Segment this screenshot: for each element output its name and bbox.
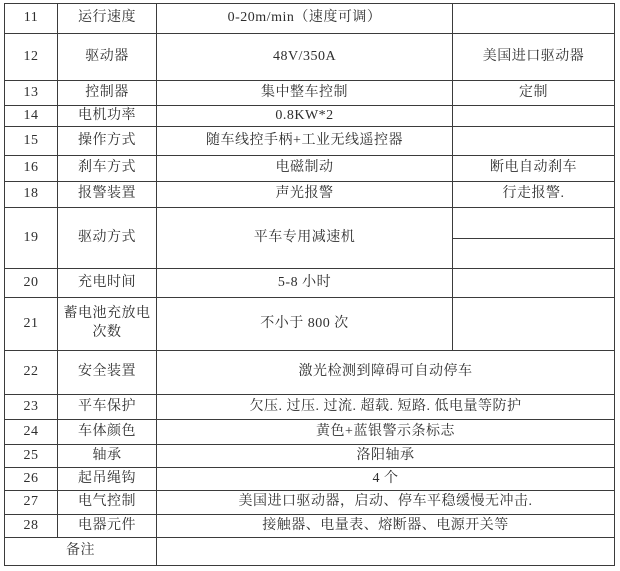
table-row: 19 驱动方式 平车专用减速机 [5, 208, 615, 239]
item-name-cell: 驱动器 [58, 34, 157, 81]
note-cell [453, 4, 615, 34]
note-cell [453, 106, 615, 127]
table-row: 28 电器元件 接触器、电量表、熔断器、电源开关等 [5, 515, 615, 538]
note-cell-bottom [453, 239, 615, 269]
item-name-cell: 车体颜色 [58, 420, 157, 445]
value-cell: 声光报警 [157, 182, 453, 208]
note-cell: 断电自动刹车 [453, 156, 615, 182]
item-name-cell: 安全装置 [58, 351, 157, 395]
value-cell: 0-20m/min（速度可调） [157, 4, 453, 34]
row-number-cell: 19 [5, 208, 58, 269]
value-cell: 电磁制动 [157, 156, 453, 182]
row-number-cell: 25 [5, 445, 58, 468]
item-name-cell: 报警装置 [58, 182, 157, 208]
table-row-footer: 备注 [5, 538, 615, 566]
footer-label-cell: 备注 [5, 538, 157, 566]
value-cell: 美国进口驱动器，启动、停车平稳缓慢无冲击. [157, 491, 615, 515]
value-cell: 平车专用减速机 [157, 208, 453, 269]
table-row: 27 电气控制 美国进口驱动器，启动、停车平稳缓慢无冲击. [5, 491, 615, 515]
table-row: 20 充电时间 5-8 小时 [5, 269, 615, 298]
value-cell: 激光检测到障碍可自动停车 [157, 351, 615, 395]
row-number-cell: 27 [5, 491, 58, 515]
row-number-cell: 21 [5, 298, 58, 351]
item-name-cell: 充电时间 [58, 269, 157, 298]
spec-table: 11 运行速度 0-20m/min（速度可调） 12 驱动器 48V/350A … [4, 3, 615, 566]
row-number-cell: 24 [5, 420, 58, 445]
table-row: 22 安全装置 激光检测到障碍可自动停车 [5, 351, 615, 395]
table-row: 11 运行速度 0-20m/min（速度可调） [5, 4, 615, 34]
value-cell: 接触器、电量表、熔断器、电源开关等 [157, 515, 615, 538]
item-name-cell: 控制器 [58, 81, 157, 106]
item-name-cell: 刹车方式 [58, 156, 157, 182]
item-name-cell: 起吊绳钩 [58, 468, 157, 491]
footer-value-cell [157, 538, 615, 566]
value-cell: 集中整车控制 [157, 81, 453, 106]
value-cell: 欠压. 过压. 过流. 超载. 短路. 低电量等防护 [157, 395, 615, 420]
note-cell: 行走报警. [453, 182, 615, 208]
value-cell: 洛阳轴承 [157, 445, 615, 468]
table-row: 26 起吊绳钩 4 个 [5, 468, 615, 491]
note-cell: 定制 [453, 81, 615, 106]
item-name-cell: 蓄电池充放电次数 [58, 298, 157, 351]
table-row: 12 驱动器 48V/350A 美国进口驱动器 [5, 34, 615, 81]
item-name-cell: 操作方式 [58, 127, 157, 156]
row-number-cell: 12 [5, 34, 58, 81]
item-name-cell: 轴承 [58, 445, 157, 468]
value-cell: 5-8 小时 [157, 269, 453, 298]
table-row: 18 报警装置 声光报警 行走报警. [5, 182, 615, 208]
table-row: 14 电机功率 0.8KW*2 [5, 106, 615, 127]
table-row: 15 操作方式 随车线控手柄+工业无线遥控器 [5, 127, 615, 156]
note-cell [453, 127, 615, 156]
value-cell: 随车线控手柄+工业无线遥控器 [157, 127, 453, 156]
value-cell: 4 个 [157, 468, 615, 491]
note-cell [453, 269, 615, 298]
table-row: 23 平车保护 欠压. 过压. 过流. 超载. 短路. 低电量等防护 [5, 395, 615, 420]
row-number-cell: 23 [5, 395, 58, 420]
row-number-cell: 28 [5, 515, 58, 538]
table-row: 16 刹车方式 电磁制动 断电自动刹车 [5, 156, 615, 182]
row-number-cell: 20 [5, 269, 58, 298]
table-row: 21 蓄电池充放电次数 不小于 800 次 [5, 298, 615, 351]
row-number-cell: 18 [5, 182, 58, 208]
table-row: 13 控制器 集中整车控制 定制 [5, 81, 615, 106]
item-name-cell: 电气控制 [58, 491, 157, 515]
table-row: 24 车体颜色 黄色+蓝银警示条标志 [5, 420, 615, 445]
value-cell: 不小于 800 次 [157, 298, 453, 351]
note-cell [453, 298, 615, 351]
value-cell: 黄色+蓝银警示条标志 [157, 420, 615, 445]
item-name-cell: 驱动方式 [58, 208, 157, 269]
row-number-cell: 13 [5, 81, 58, 106]
item-name-cell: 电器元件 [58, 515, 157, 538]
value-cell: 0.8KW*2 [157, 106, 453, 127]
item-name-cell: 运行速度 [58, 4, 157, 34]
note-cell-top [453, 208, 615, 239]
value-cell: 48V/350A [157, 34, 453, 81]
row-number-cell: 14 [5, 106, 58, 127]
table-row: 25 轴承 洛阳轴承 [5, 445, 615, 468]
row-number-cell: 11 [5, 4, 58, 34]
note-cell: 美国进口驱动器 [453, 34, 615, 81]
document-page: 11 运行速度 0-20m/min（速度可调） 12 驱动器 48V/350A … [0, 0, 620, 571]
row-number-cell: 22 [5, 351, 58, 395]
item-name-cell: 电机功率 [58, 106, 157, 127]
row-number-cell: 15 [5, 127, 58, 156]
item-name-cell: 平车保护 [58, 395, 157, 420]
row-number-cell: 26 [5, 468, 58, 491]
row-number-cell: 16 [5, 156, 58, 182]
